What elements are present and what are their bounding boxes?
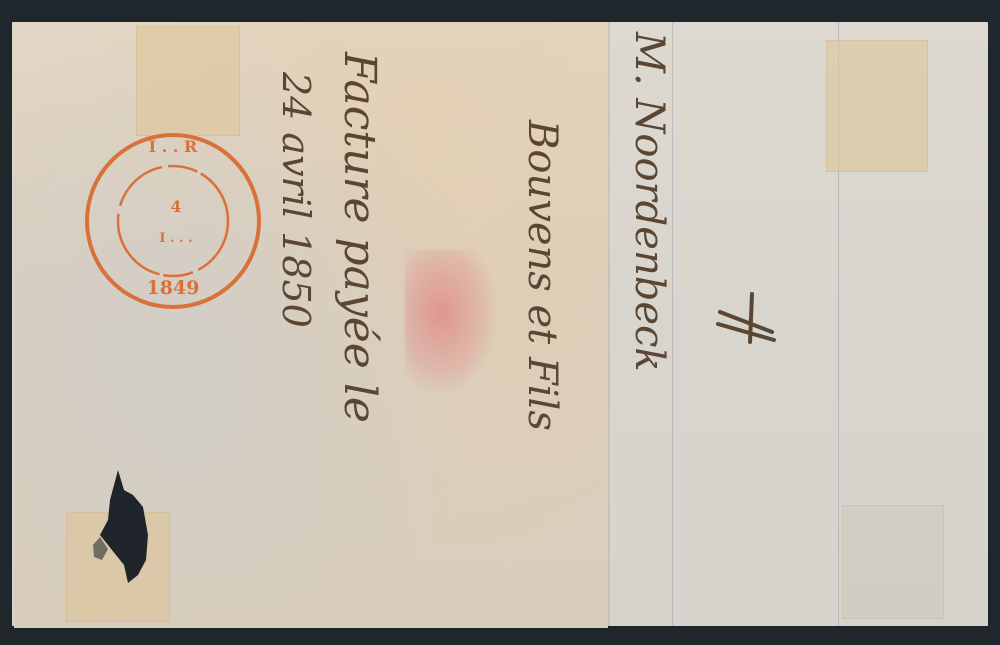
hash-mark-icon [710,282,780,347]
ink-blot [88,465,158,590]
stamp-hinge-remnant [826,40,928,172]
ruling-line [672,22,673,626]
wax-seal-remnant [405,250,495,390]
stamp-hinge-remnant [136,26,240,136]
stamp-hinge-remnant [842,505,944,619]
cover-photo: I . . R 4 I . . . 1849 · · · Facture pay… [0,0,1000,645]
postmark-day: 4 [170,197,181,216]
manuscript-line-sender: Bouvens et Fils [519,120,565,431]
manuscript-line-facture: Facture payée le [334,52,385,423]
postmark-stamp: I . . R 4 I . . . 1849 [80,128,266,314]
manuscript-line-date: 24 avril 1850 [274,72,318,328]
postmark-year: 1849 [147,277,200,299]
postmark-top-text: I . . R [149,137,198,156]
manuscript-address: M. Noordenbeck [626,32,672,372]
postmark-month: I . . . [159,231,192,246]
seal-embossed-text: · · · [430,255,440,279]
